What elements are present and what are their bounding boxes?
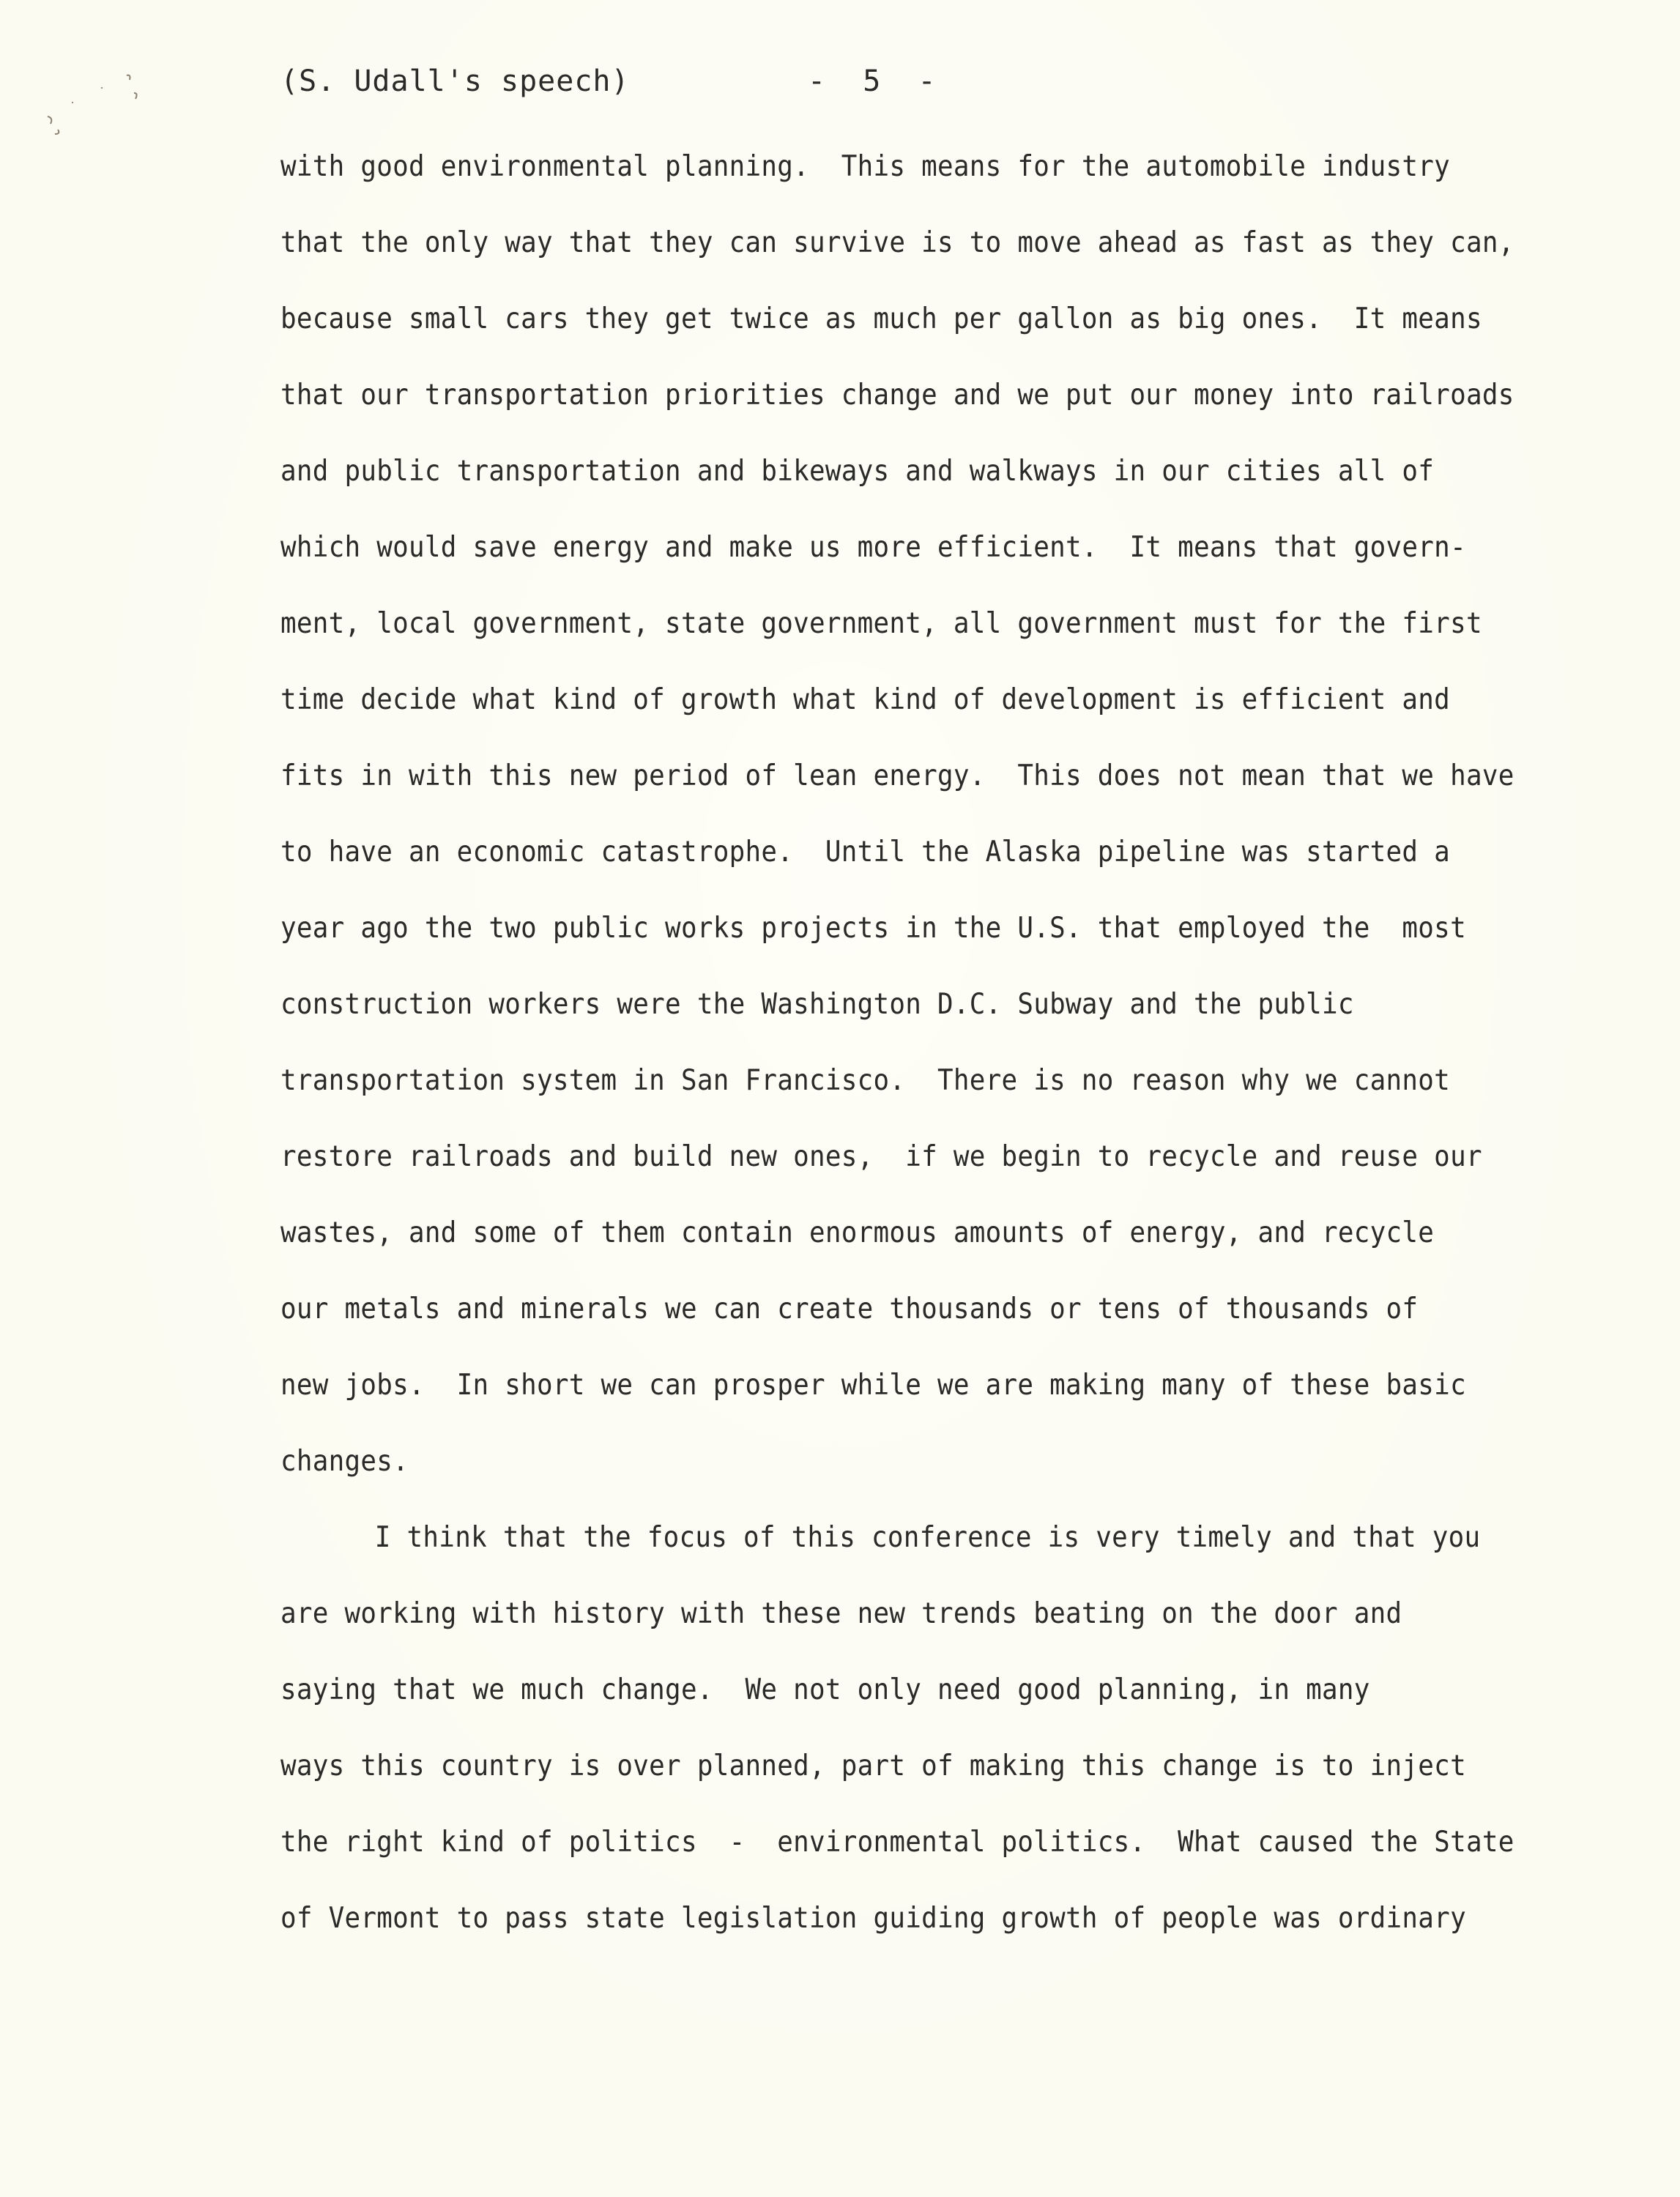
text-line: time decide what kind of growth what kin… [280, 678, 1466, 754]
text-line: year ago the two public works projects i… [280, 907, 1466, 983]
text-line: that our transportation priorities chang… [280, 373, 1466, 450]
text-line: to have an economic catastrophe. Until t… [280, 830, 1466, 907]
text-line: changes. [280, 1440, 1466, 1516]
page-number: - 5 - [808, 64, 937, 98]
text-line: our metals and minerals we can create th… [280, 1287, 1466, 1364]
text-line: and public transportation and bikeways a… [280, 450, 1466, 526]
staple-marks-icon [40, 55, 157, 135]
text-line: are working with history with these new … [280, 1592, 1466, 1668]
text-line: ways this country is over planned, part … [280, 1744, 1466, 1821]
body-text: with good environmental planning. This m… [280, 145, 1569, 1973]
page-header: (S. Udall's speech) - 5 - [280, 64, 1452, 108]
text-line: construction workers were the Washington… [280, 983, 1466, 1059]
text-line: fits in with this new period of lean ene… [280, 754, 1466, 830]
text-line: which would save energy and make us more… [280, 526, 1466, 602]
text-line: restore railroads and build new ones, if… [280, 1135, 1466, 1211]
text-line: transportation system in San Francisco. … [280, 1059, 1466, 1135]
text-line: ment, local government, state government… [280, 602, 1466, 678]
document-page: (S. Udall's speech) - 5 - with good envi… [0, 0, 1680, 2197]
text-line: I think that the focus of this conferenc… [280, 1516, 1466, 1592]
document-title: (S. Udall's speech) [280, 64, 630, 98]
text-line: new jobs. In short we can prosper while … [280, 1364, 1466, 1440]
text-line: saying that we much change. We not only … [280, 1668, 1466, 1744]
text-line: the right kind of politics - environment… [280, 1821, 1466, 1897]
text-line: that the only way that they can survive … [280, 221, 1466, 297]
text-line: wastes, and some of them contain enormou… [280, 1211, 1466, 1287]
text-line: with good environmental planning. This m… [280, 145, 1466, 221]
text-line: because small cars they get twice as muc… [280, 297, 1466, 373]
text-line: of Vermont to pass state legislation gui… [280, 1897, 1466, 1973]
